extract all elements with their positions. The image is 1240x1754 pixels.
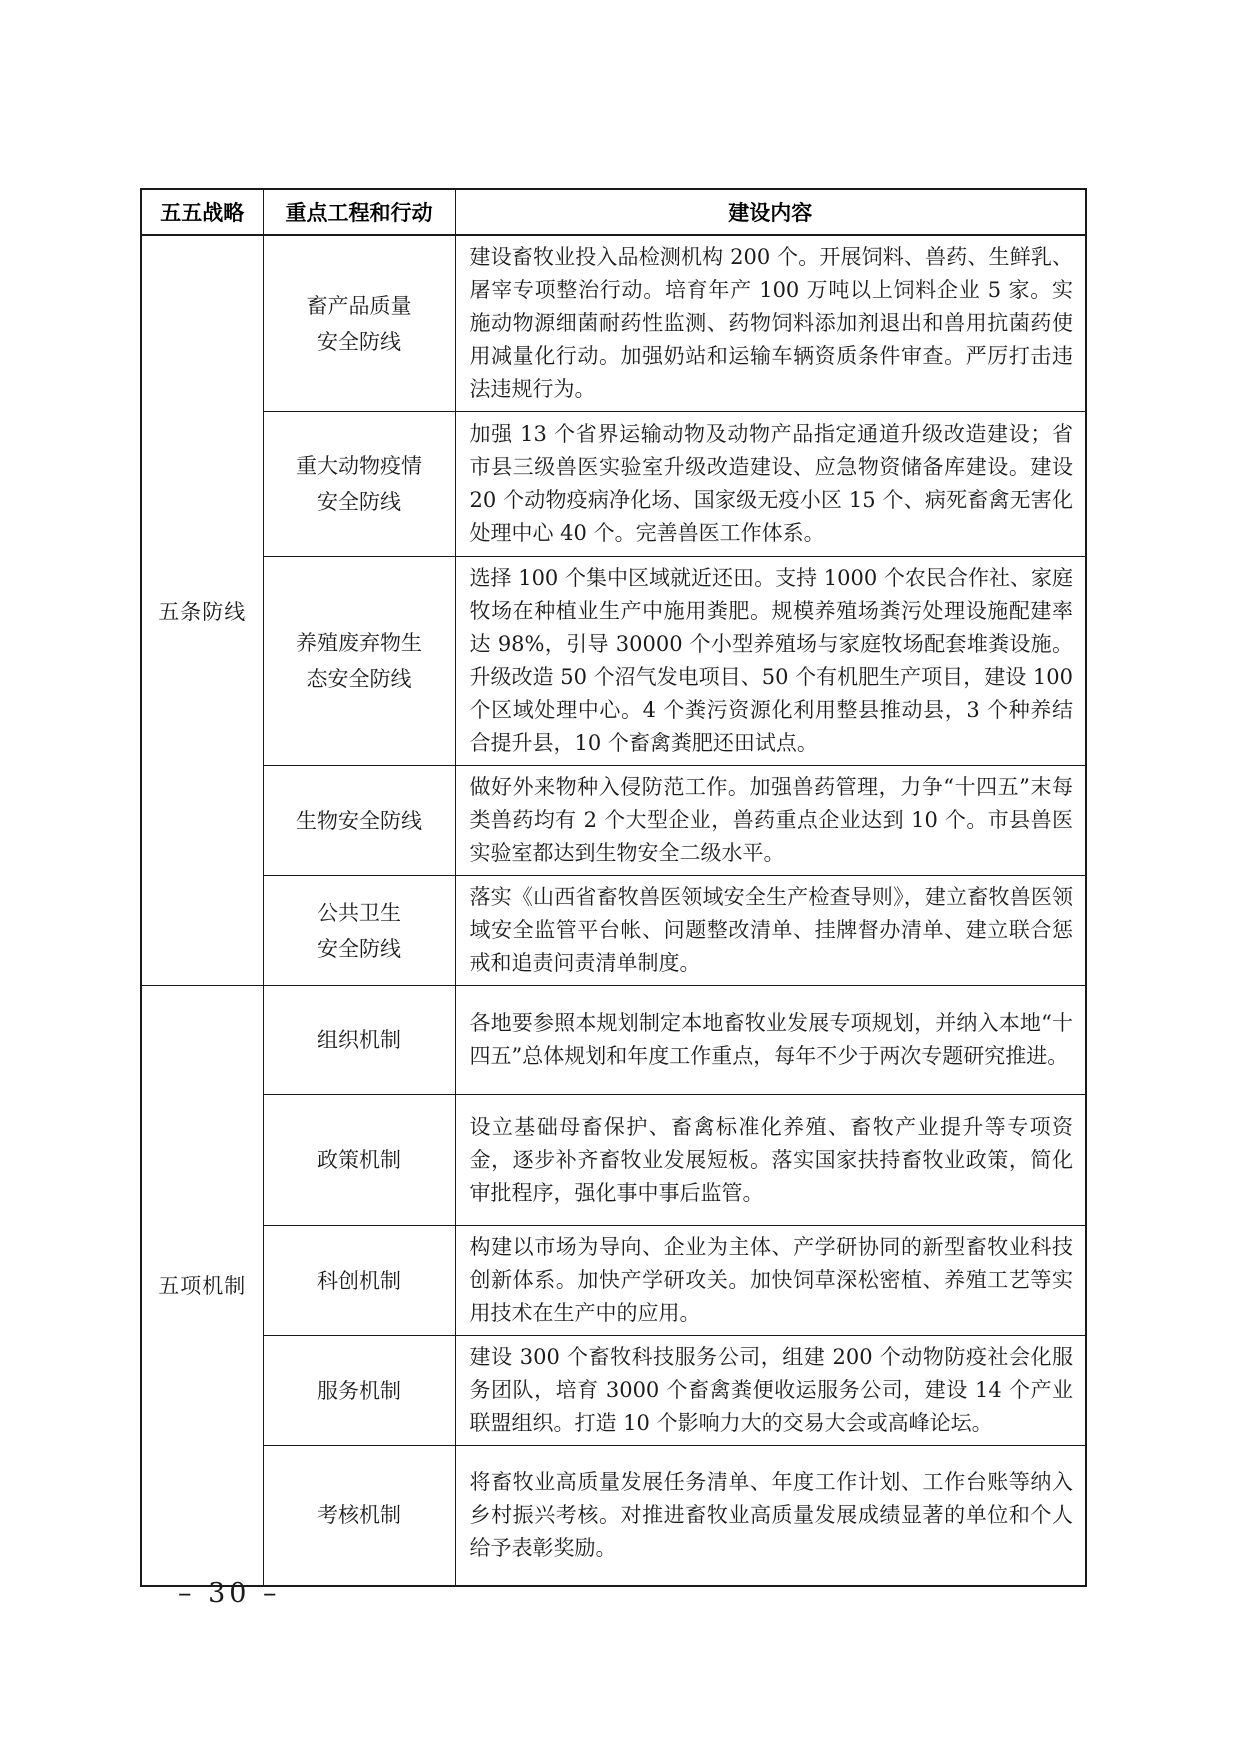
table-row: 养殖废弃物生 态安全防线 选择 100 个集中区域就近还田。支持 1000 个农… xyxy=(141,557,1086,766)
project-cell: 政策机制 xyxy=(263,1095,455,1226)
strategy-table: 五五战略 重点工程和行动 建设内容 五条防线 畜产品质量 安全防线 建设畜牧业投… xyxy=(140,188,1087,1587)
table-row: 五条防线 畜产品质量 安全防线 建设畜牧业投入品检测机构 200 个。开展饲料、… xyxy=(141,235,1086,412)
project-cell: 考核机制 xyxy=(263,1446,455,1586)
project-cell: 重大动物疫情 安全防线 xyxy=(263,412,455,557)
content-cell: 设立基础母畜保护、畜禽标准化养殖、畜牧产业提升等专项资金，逐步补齐畜牧业发展短板… xyxy=(455,1095,1086,1226)
project-cell: 科创机制 xyxy=(263,1226,455,1336)
table-row: 生物安全防线 做好外来物种入侵防范工作。加强兽药管理，力争“十四五”末每类兽药均… xyxy=(141,766,1086,876)
table-row: 重大动物疫情 安全防线 加强 13 个省界运输动物及动物产品指定通道升级改造建设… xyxy=(141,412,1086,557)
table-row: 政策机制 设立基础母畜保护、畜禽标准化养殖、畜牧产业提升等专项资金，逐步补齐畜牧… xyxy=(141,1095,1086,1226)
content-cell: 做好外来物种入侵防范工作。加强兽药管理，力争“十四五”末每类兽药均有 2 个大型… xyxy=(455,766,1086,876)
project-cell: 公共卫生 安全防线 xyxy=(263,876,455,986)
table-row: 五项机制 组织机制 各地要参照本规划制定本地畜牧业发展专项规划，并纳入本地“十四… xyxy=(141,986,1086,1095)
table-row: 服务机制 建设 300 个畜牧科技服务公司，组建 200 个动物防疫社会化服务团… xyxy=(141,1336,1086,1446)
content-cell: 各地要参照本规划制定本地畜牧业发展专项规划，并纳入本地“十四五”总体规划和年度工… xyxy=(455,986,1086,1095)
content-cell: 选择 100 个集中区域就近还田。支持 1000 个农民合作社、家庭牧场在种植业… xyxy=(455,557,1086,766)
project-cell: 养殖废弃物生 态安全防线 xyxy=(263,557,455,766)
content-cell: 构建以市场为导向、企业为主体、产学研协同的新型畜牧业科技创新体系。加快产学研攻关… xyxy=(455,1226,1086,1336)
project-cell: 畜产品质量 安全防线 xyxy=(263,235,455,412)
content-cell: 建设畜牧业投入品检测机构 200 个。开展饲料、兽药、生鲜乳、屠宰专项整治行动。… xyxy=(455,235,1086,412)
content-cell: 建设 300 个畜牧科技服务公司，组建 200 个动物防疫社会化服务团队，培育 … xyxy=(455,1336,1086,1446)
table-header-row: 五五战略 重点工程和行动 建设内容 xyxy=(141,189,1086,235)
col-header-content: 建设内容 xyxy=(455,189,1086,235)
col-header-project: 重点工程和行动 xyxy=(263,189,455,235)
project-cell: 服务机制 xyxy=(263,1336,455,1446)
strategy-cell-five-mechanisms: 五项机制 xyxy=(141,986,263,1586)
content-cell: 将畜牧业高质量发展任务清单、年度工作计划、工作台账等纳入乡村振兴考核。对推进畜牧… xyxy=(455,1446,1086,1586)
content-cell: 落实《山西省畜牧兽医领域安全生产检查导则》，建立畜牧兽医领域安全监管平台帐、问题… xyxy=(455,876,1086,986)
table-row: 考核机制 将畜牧业高质量发展任务清单、年度工作计划、工作台账等纳入乡村振兴考核。… xyxy=(141,1446,1086,1586)
col-header-strategy: 五五战略 xyxy=(141,189,263,235)
content-cell: 加强 13 个省界运输动物及动物产品指定通道升级改造建设；省市县三级兽医实验室升… xyxy=(455,412,1086,557)
page-number: – 30 – xyxy=(178,1578,281,1609)
table-row: 科创机制 构建以市场为导向、企业为主体、产学研协同的新型畜牧业科技创新体系。加快… xyxy=(141,1226,1086,1336)
project-cell: 生物安全防线 xyxy=(263,766,455,876)
project-cell: 组织机制 xyxy=(263,986,455,1095)
document-page: 五五战略 重点工程和行动 建设内容 五条防线 畜产品质量 安全防线 建设畜牧业投… xyxy=(0,0,1240,1754)
strategy-cell-five-defense-lines: 五条防线 xyxy=(141,235,263,986)
table-row: 公共卫生 安全防线 落实《山西省畜牧兽医领域安全生产检查导则》，建立畜牧兽医领域… xyxy=(141,876,1086,986)
